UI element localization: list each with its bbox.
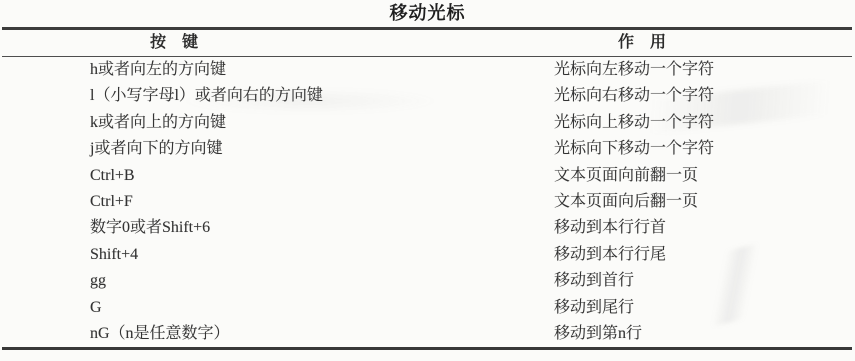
action-cell: 文本页面向前翻一页 xyxy=(432,163,852,189)
table-row: gg 移动到首行 xyxy=(2,268,852,294)
table-row: k或者向上的方向键 光标向上移动一个字符 xyxy=(2,110,852,136)
action-cell: 光标向上移动一个字符 xyxy=(432,110,852,136)
cursor-movement-table: 按 键 作 用 h或者向左的方向键 光标向左移动一个字符 l（小写字母l）或者向… xyxy=(2,27,852,350)
key-cell: G xyxy=(2,295,432,321)
action-cell: 光标向左移动一个字符 xyxy=(432,57,852,83)
key-cell: gg xyxy=(2,268,432,294)
key-cell: j或者向下的方向键 xyxy=(2,136,432,162)
table-body: h或者向左的方向键 光标向左移动一个字符 l（小写字母l）或者向右的方向键 光标… xyxy=(2,57,852,347)
key-cell: Ctrl+B xyxy=(2,163,432,189)
key-cell: Ctrl+F xyxy=(2,189,432,215)
action-cell: 文本页面向后翻一页 xyxy=(432,189,852,215)
table-row: Ctrl+B 文本页面向前翻一页 xyxy=(2,163,852,189)
key-cell: 数字0或者Shift+6 xyxy=(2,215,432,241)
table-row: h或者向左的方向键 光标向左移动一个字符 xyxy=(2,57,852,83)
action-cell: 光标向右移动一个字符 xyxy=(432,83,852,109)
action-cell: 移动到本行行首 xyxy=(432,215,852,241)
action-cell: 移动到第n行 xyxy=(432,321,852,347)
column-header-action: 作 用 xyxy=(432,30,852,56)
action-cell: 移动到首行 xyxy=(432,268,852,294)
action-cell: 光标向下移动一个字符 xyxy=(432,136,852,162)
key-cell: h或者向左的方向键 xyxy=(2,57,432,83)
table-row: Shift+4 移动到本行行尾 xyxy=(2,242,852,268)
key-cell: Shift+4 xyxy=(2,242,432,268)
action-cell: 移动到本行行尾 xyxy=(432,242,852,268)
table-header-row: 按 键 作 用 xyxy=(2,30,852,57)
key-cell: k或者向上的方向键 xyxy=(2,110,432,136)
action-cell: 移动到尾行 xyxy=(432,295,852,321)
scanned-document-page: 移动光标 按 键 作 用 h或者向左的方向键 光标向左移动一个字符 l（小写字母… xyxy=(0,0,855,361)
table-row: nG（n是任意数字） 移动到第n行 xyxy=(2,321,852,347)
table-row: Ctrl+F 文本页面向后翻一页 xyxy=(2,189,852,215)
key-cell: nG（n是任意数字） xyxy=(2,321,432,347)
table-row: 数字0或者Shift+6 移动到本行行首 xyxy=(2,215,852,241)
table-row: G 移动到尾行 xyxy=(2,295,852,321)
table-row: l（小写字母l）或者向右的方向键 光标向右移动一个字符 xyxy=(2,83,852,109)
table-title: 移动光标 xyxy=(0,1,855,25)
table-row: j或者向下的方向键 光标向下移动一个字符 xyxy=(2,136,852,162)
column-header-key: 按 键 xyxy=(2,30,432,56)
key-cell: l（小写字母l）或者向右的方向键 xyxy=(2,83,432,109)
